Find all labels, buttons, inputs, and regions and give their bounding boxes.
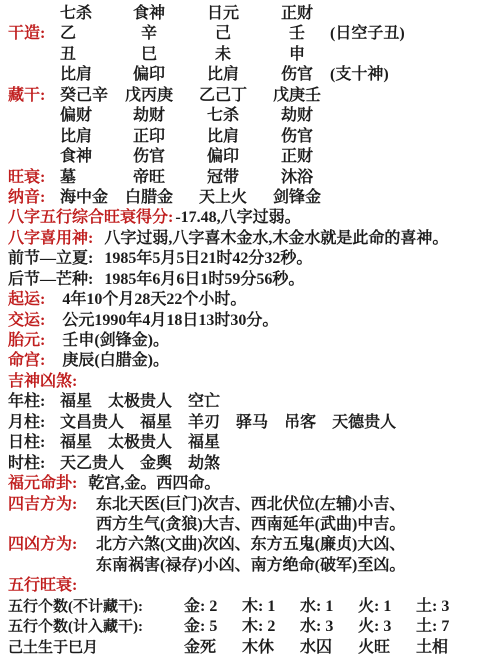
wuxing-heading: 五行旺衰:: [8, 576, 500, 596]
pillar-cell-day: 比肩: [186, 65, 260, 85]
shensha-items: 天乙贵人 金舆 劫煞: [60, 454, 220, 474]
wuxing-cell-water: 水: 3: [300, 617, 358, 637]
next-solar-term-line: 后节—芒种: 1985年6月6日1时59分56秒。: [8, 270, 500, 290]
fate-gua-line: 福元命卦: 乾宫,金。西四命。: [8, 474, 500, 494]
pillar-cell-year: 比肩: [58, 65, 112, 85]
wuxing-cell-fire: 火: 3: [358, 617, 416, 637]
shensha-item: 羊刃: [188, 413, 220, 433]
pillar-cell-day: 日元: [186, 4, 260, 24]
pillar-row-hidden-stems: 藏干: 癸己辛 戊丙庚 乙己丁 戊庚壬: [8, 86, 500, 106]
wuxing-cell-fire: 火: 1: [358, 597, 416, 617]
shensha-row-label: 日柱:: [8, 433, 52, 453]
pillar-cell-note: (支十神): [330, 65, 389, 85]
fate-gua-label: 福元命卦:: [8, 474, 77, 494]
pillar-cell-main: 伤官: [264, 127, 330, 147]
pillar-row-nayin: 纳音: 海中金 白腊金 天上火 剑锋金: [8, 188, 500, 208]
shensha-row-hour: 时柱: 天乙贵人 金舆 劫煞: [8, 454, 500, 474]
pillar-cell-hour: 壬(日空子丑): [260, 24, 500, 44]
lucky-directions-line1: 东北天医(巨门)次吉、西北伏位(左辅)小吉、: [96, 495, 405, 515]
pillar-cell-month: 食神: [112, 4, 186, 24]
pillar-cell-day: 偏印: [186, 147, 260, 167]
pillar-row-label: 纳音:: [8, 188, 58, 208]
pillar-cell-year: 墓: [58, 168, 112, 188]
shensha-item: 空亡: [188, 392, 220, 412]
wuxing-cell-wood: 木休: [242, 638, 300, 658]
next-solar-term-label: 后节—芒种:: [8, 270, 93, 290]
pillar-cell-day: 乙己丁: [186, 86, 260, 106]
pillar-cell-month: 偏印: [112, 65, 186, 85]
score-line: 八字五行综合旺衰得分: -17.48,八字过弱。: [8, 208, 500, 228]
wuxing-cell-metal: 金死: [184, 638, 242, 658]
wuxing-cell-metal: 金: 2: [184, 597, 242, 617]
wuxing-cell-earth: 土: 3: [416, 597, 474, 617]
pillar-row-label: 藏干:: [8, 86, 58, 106]
unlucky-directions-text: 北方六煞(文曲)次凶、东方五鬼(廉贞)大凶、 东南祸害(禄存)小凶、南方绝命(破…: [96, 535, 405, 576]
pillar-cell-hour: 伤官(支十神): [260, 65, 500, 85]
pillar-row-label: [8, 147, 58, 167]
shensha-item: 福星: [60, 433, 92, 453]
lucky-directions-text: 东北天医(巨门)次吉、西北伏位(左辅)小吉、 西方生气(贪狼)大吉、西南延年(武…: [96, 495, 405, 536]
next-solar-term-value: 1985年6月6日1时59分56秒。: [104, 270, 304, 290]
shensha-item: 吊客: [284, 413, 316, 433]
pillar-cell-hour: 沐浴: [260, 168, 500, 188]
pillar-cell-hour: 劫财: [260, 106, 500, 126]
pillar-cell-year: 偏财: [58, 106, 112, 126]
life-palace-label: 命宫:: [8, 351, 45, 371]
shensha-item: 福星: [188, 433, 220, 453]
shensha-item: 劫煞: [188, 454, 220, 474]
luck-change-value: 公元1990年4月18日13时30分。: [62, 311, 278, 331]
pillar-row-ten-gods: 七杀 食神 日元 正财: [8, 4, 500, 24]
pillar-cell-day: 未: [186, 45, 260, 65]
pillar-cell-month: 正印: [112, 127, 186, 147]
pillar-cell-year: 丑: [58, 45, 112, 65]
pillar-cell-year: 癸己辛: [58, 86, 112, 106]
luck-start-label: 起运:: [8, 290, 45, 310]
shensha-item: 天德贵人: [332, 413, 396, 433]
pillar-row-branch-gods-3: 比肩 正印 比肩 伤官: [8, 127, 500, 147]
pillar-table: 七杀 食神 日元 正财 干造: 乙 辛 己 壬(日空子丑) 丑 巳 未 申 比肩…: [8, 4, 500, 208]
pillar-cell-month: 帝旺: [112, 168, 186, 188]
pillar-row-label: 旺衰:: [8, 168, 58, 188]
pillar-row-life-stage: 旺衰: 墓 帝旺 冠带 沐浴: [8, 168, 500, 188]
score-value: -17.48,八字过弱。: [175, 208, 300, 228]
shensha-row-year: 年柱: 福星 太极贵人 空亡: [8, 392, 500, 412]
pillar-cell-day: 比肩: [186, 127, 260, 147]
shensha-heading: 吉神凶煞:: [8, 372, 500, 392]
shensha-row-label: 时柱:: [8, 454, 52, 474]
shensha-item: 文昌贵人: [60, 413, 124, 433]
pillar-cell-hour: 伤官: [260, 127, 500, 147]
favorable-gods-label: 八字喜用神:: [8, 229, 93, 249]
life-palace-value: 庚辰(白腊金)。: [62, 351, 169, 371]
shensha-items: 福星 太极贵人 福星: [60, 433, 220, 453]
pillar-row-branches: 丑 巳 未 申: [8, 45, 500, 65]
score-label: 八字五行综合旺衰得分:: [8, 208, 173, 228]
prev-solar-term-label: 前节—立夏:: [8, 249, 93, 269]
pillar-cell-main: 壬: [264, 24, 330, 44]
pillar-cell-main: 剑锋金: [264, 188, 330, 208]
pillar-cell-month: 戊丙庚: [112, 86, 186, 106]
pillar-cell-hour: 正财: [260, 147, 500, 167]
lucky-directions-block: 四吉方为: 东北天医(巨门)次吉、西北伏位(左辅)小吉、 西方生气(贪狼)大吉、…: [8, 495, 500, 536]
shensha-row-label: 月柱:: [8, 413, 52, 433]
unlucky-directions-line1: 北方六煞(文曲)次凶、东方五鬼(廉贞)大凶、: [96, 535, 405, 555]
pillar-cell-main: 劫财: [264, 106, 330, 126]
wuxing-cell-wood: 木: 2: [242, 617, 300, 637]
pillar-row-label: [8, 127, 58, 147]
fetal-element-line: 胎元: 壬申(剑锋金)。: [8, 331, 500, 351]
wuxing-cell-water: 水囚: [300, 638, 358, 658]
pillar-row-label: [8, 65, 58, 85]
pillar-row-branch-gods-4: 食神 伤官 偏印 正财: [8, 147, 500, 167]
favorable-gods-value: 八字过弱,八字喜木金水,木金水就是此命的喜神。: [104, 229, 448, 249]
wuxing-cell-water: 水: 1: [300, 597, 358, 617]
pillar-cell-note: (日空子丑): [330, 24, 405, 44]
shensha-row-month: 月柱: 文昌贵人 福星 羊刃 驿马 吊客 天德贵人: [8, 413, 500, 433]
pillar-cell-year: 乙: [58, 24, 112, 44]
pillar-cell-year: 海中金: [58, 188, 112, 208]
luck-start-line: 起运: 4年10个月28天22个小时。: [8, 290, 500, 310]
pillar-row-label: [8, 106, 58, 126]
pillar-cell-main: 戊庚壬: [264, 86, 330, 106]
pillar-cell-hour: 正财: [260, 4, 500, 24]
pillar-row-label: [8, 45, 58, 65]
wuxing-cell-fire: 火旺: [358, 638, 416, 658]
pillar-cell-day: 冠带: [186, 168, 260, 188]
wuxing-cell-metal: 金: 5: [184, 617, 242, 637]
unlucky-directions-block: 四凶方为: 北方六煞(文曲)次凶、东方五鬼(廉贞)大凶、 东南祸害(禄存)小凶、…: [8, 535, 500, 576]
pillar-cell-year: 七杀: [58, 4, 112, 24]
shensha-row-label: 年柱:: [8, 392, 52, 412]
unlucky-directions-label: 四凶方为:: [8, 535, 96, 555]
pillar-cell-main: 沐浴: [264, 168, 330, 188]
pillar-row-branch-gods-2: 偏财 劫财 七杀 劫财: [8, 106, 500, 126]
bazi-report: 七杀 食神 日元 正财 干造: 乙 辛 己 壬(日空子丑) 丑 巳 未 申 比肩…: [0, 0, 500, 659]
shensha-item: 福星: [140, 413, 172, 433]
pillar-cell-month: 辛: [112, 24, 186, 44]
shensha-item: 驿马: [236, 413, 268, 433]
prev-solar-term-line: 前节—立夏: 1985年5月5日21时42分32秒。: [8, 249, 500, 269]
wuxing-cell-earth: 土相: [416, 638, 474, 658]
shensha-item: 太极贵人: [108, 433, 172, 453]
pillar-cell-main: 申: [264, 45, 330, 65]
pillar-cell-main: 正财: [264, 4, 330, 24]
shensha-item: 太极贵人: [108, 392, 172, 412]
pillar-row-label: [8, 4, 58, 24]
pillar-cell-month: 伤官: [112, 147, 186, 167]
unlucky-directions-line2: 东南祸害(禄存)小凶、南方绝命(破军)至凶。: [96, 556, 405, 576]
wuxing-row-label: 五行个数(计入藏干):: [8, 617, 184, 637]
pillar-row-stems: 干造: 乙 辛 己 壬(日空子丑): [8, 24, 500, 44]
lucky-directions-label: 四吉方为:: [8, 495, 96, 515]
favorable-gods-line: 八字喜用神: 八字过弱,八字喜木金水,木金水就是此命的喜神。: [8, 229, 500, 249]
luck-change-line: 交运: 公元1990年4月18日13时30分。: [8, 311, 500, 331]
wuxing-counts-row: 五行个数(不计藏干): 金: 2 木: 1 水: 1 火: 1 土: 3: [8, 597, 500, 617]
fate-gua-value: 乾宫,金。西四命。: [88, 474, 220, 494]
fetal-element-value: 壬申(剑锋金)。: [62, 331, 169, 351]
pillar-cell-day: 七杀: [186, 106, 260, 126]
wuxing-row-label: 己土生于巳月: [8, 638, 184, 658]
shensha-item: 福星: [60, 392, 92, 412]
pillar-cell-hour: 申: [260, 45, 500, 65]
pillar-cell-day: 天上火: [186, 188, 260, 208]
pillar-cell-hour: 戊庚壬: [260, 86, 500, 106]
life-palace-line: 命宫: 庚辰(白腊金)。: [8, 351, 500, 371]
lucky-directions-line2: 西方生气(贪狼)大吉、西南延年(武曲)中吉。: [96, 515, 405, 535]
pillar-cell-year: 食神: [58, 147, 112, 167]
pillar-row-label: 干造:: [8, 24, 58, 44]
pillar-cell-day: 己: [186, 24, 260, 44]
shensha-item: 金舆: [140, 454, 172, 474]
prev-solar-term-value: 1985年5月5日21时42分32秒。: [104, 249, 312, 269]
fetal-element-label: 胎元:: [8, 331, 45, 351]
luck-change-label: 交运:: [8, 311, 45, 331]
pillar-cell-main: 伤官: [264, 65, 330, 85]
pillar-cell-month: 巳: [112, 45, 186, 65]
pillar-cell-month: 劫财: [112, 106, 186, 126]
shensha-row-day: 日柱: 福星 太极贵人 福星: [8, 433, 500, 453]
wuxing-cell-wood: 木: 1: [242, 597, 300, 617]
pillar-row-branch-gods-1: 比肩 偏印 比肩 伤官(支十神): [8, 65, 500, 85]
wuxing-row-label: 五行个数(不计藏干):: [8, 597, 184, 617]
luck-start-value: 4年10个月28天22个小时。: [62, 290, 246, 310]
wuxing-cell-earth: 土: 7: [416, 617, 474, 637]
pillar-cell-main: 正财: [264, 147, 330, 167]
wuxing-counts-hidden-row: 五行个数(计入藏干): 金: 5 木: 2 水: 3 火: 3 土: 7: [8, 617, 500, 637]
shensha-items: 文昌贵人 福星 羊刃 驿马 吊客 天德贵人: [60, 413, 396, 433]
pillar-cell-hour: 剑锋金: [260, 188, 500, 208]
shensha-item: 天乙贵人: [60, 454, 124, 474]
shensha-items: 福星 太极贵人 空亡: [60, 392, 220, 412]
pillar-cell-year: 比肩: [58, 127, 112, 147]
pillar-cell-month: 白腊金: [112, 188, 186, 208]
wuxing-seasonal-row: 己土生于巳月 金死 木休 水囚 火旺 土相: [8, 638, 500, 658]
